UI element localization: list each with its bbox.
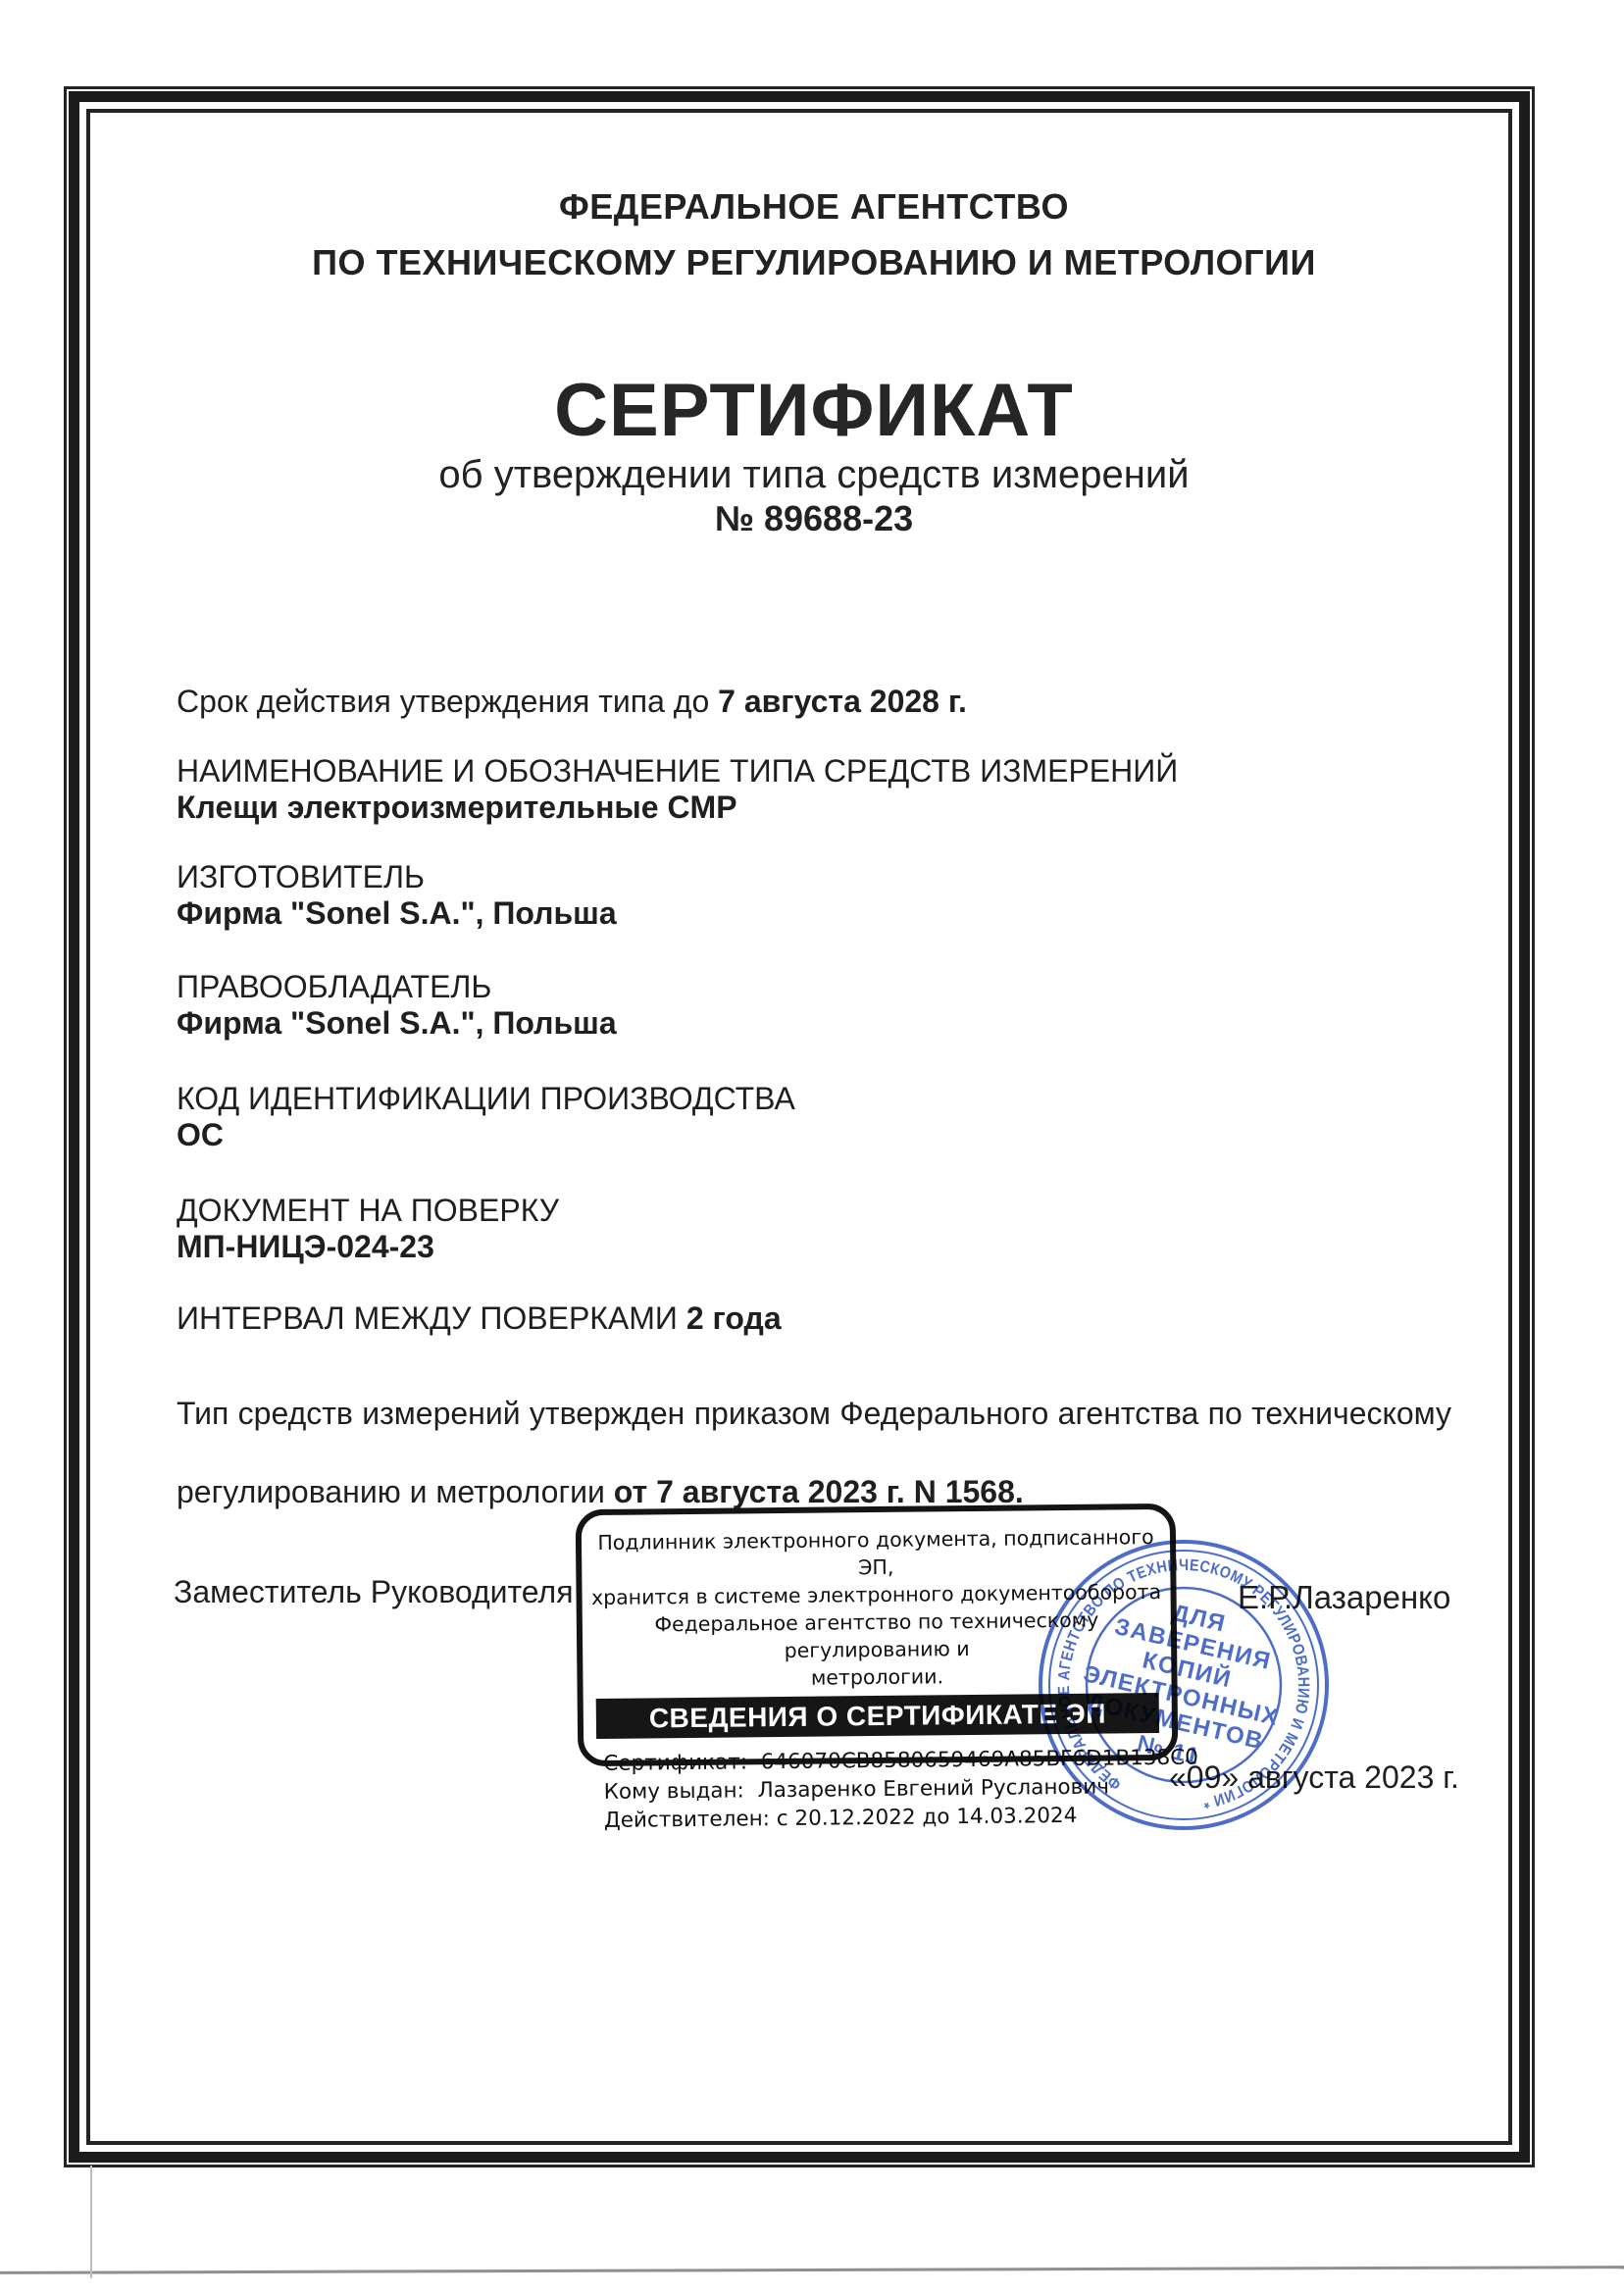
- section-production-code: КОД ИДЕНТИФИКАЦИИ ПРОИЗВОДСТВА ОС: [177, 1081, 1451, 1153]
- certificate-page: ФЕДЕРАЛЬНОЕ АГЕНТСТВО ПО ТЕХНИЧЕСКОМУ РЕ…: [0, 0, 1624, 2294]
- section-value: ОС: [177, 1117, 1451, 1153]
- approval-order-line2: регулированию и метрологии от 7 августа …: [177, 1472, 1451, 1511]
- section-name-type: НАИМЕНОВАНИЕ И ОБОЗНАЧЕНИЕ ТИПА СРЕДСТВ …: [177, 753, 1451, 826]
- certificate-subtitle: об утверждении типа средств измерений: [177, 453, 1451, 497]
- validity-date: 7 августа 2028 г.: [718, 684, 967, 719]
- approval-order-paragraph: Тип средств измерений утвержден приказом…: [177, 1394, 1451, 1511]
- agency-header-line1: ФЕДЕРАЛЬНОЕ АГЕНТСТВО: [177, 178, 1451, 234]
- section-value: Фирма "Sonel S.A.", Польша: [177, 1005, 1451, 1042]
- section-interval: ИНТЕРВАЛ МЕЖДУ ПОВЕРКАМИ 2 года: [177, 1300, 1451, 1337]
- signatory-position: Заместитель Руководителя: [174, 1574, 574, 1610]
- agency-header-line2: ПО ТЕХНИЧЕСКОМУ РЕГУЛИРОВАНИЮ И МЕТРОЛОГ…: [177, 234, 1451, 290]
- scan-page-edge-line: [0, 2266, 1624, 2274]
- section-value: Фирма "Sonel S.A.", Польша: [177, 895, 1451, 932]
- section-rights-holder: ПРАВООБЛАДАТЕЛЬ Фирма "Sonel S.A.", Поль…: [177, 969, 1451, 1042]
- section-label: ДОКУМЕНТ НА ПОВЕРКУ: [177, 1193, 1451, 1229]
- section-manufacturer: ИЗГОТОВИТЕЛЬ Фирма "Sonel S.A.", Польша: [177, 859, 1451, 932]
- section-label: КОД ИДЕНТИФИКАЦИИ ПРОИЗВОДСТВА: [177, 1081, 1451, 1117]
- agency-header: ФЕДЕРАЛЬНОЕ АГЕНТСТВО ПО ТЕХНИЧЕСКОМУ РЕ…: [177, 178, 1451, 290]
- section-value: МП-НИЦЭ-024-23: [177, 1229, 1451, 1265]
- validity-prefix: Срок действия утверждения типа до: [177, 684, 718, 719]
- interval-label: ИНТЕРВАЛ МЕЖДУ ПОВЕРКАМИ: [177, 1300, 686, 1336]
- certificate-number: № 89688-23: [177, 498, 1451, 539]
- section-label: НАИМЕНОВАНИЕ И ОБОЗНАЧЕНИЕ ТИПА СРЕДСТВ …: [177, 753, 1451, 790]
- section-label: ИЗГОТОВИТЕЛЬ: [177, 859, 1451, 895]
- interval-value: 2 года: [686, 1300, 782, 1336]
- certificate-title: СЕРТИФИКАТ: [177, 368, 1451, 453]
- validity-line: Срок действия утверждения типа до 7 авгу…: [177, 684, 1451, 720]
- section-verification-document: ДОКУМЕНТ НА ПОВЕРКУ МП-НИЦЭ-024-23: [177, 1193, 1451, 1265]
- stamp-center-text: ДЛЯ ЗАВЕРЕНИЯ КОПИЙ ЭЛЕКТРОННЫХ ДОКУМЕНТ…: [1068, 1583, 1299, 1786]
- scan-left-edge-line: [90, 2166, 92, 2278]
- approval-order-line1: Тип средств измерений утвержден приказом…: [177, 1394, 1451, 1472]
- section-value: Клещи электроизмерительные CMP: [177, 790, 1451, 826]
- round-stamp-seal: ФЕДЕРАЛЬНОЕ АГЕНТСТВО ПО ТЕХНИЧЕСКОМУ РЕ…: [1027, 1528, 1341, 1842]
- section-label: ПРАВООБЛАДАТЕЛЬ: [177, 969, 1451, 1005]
